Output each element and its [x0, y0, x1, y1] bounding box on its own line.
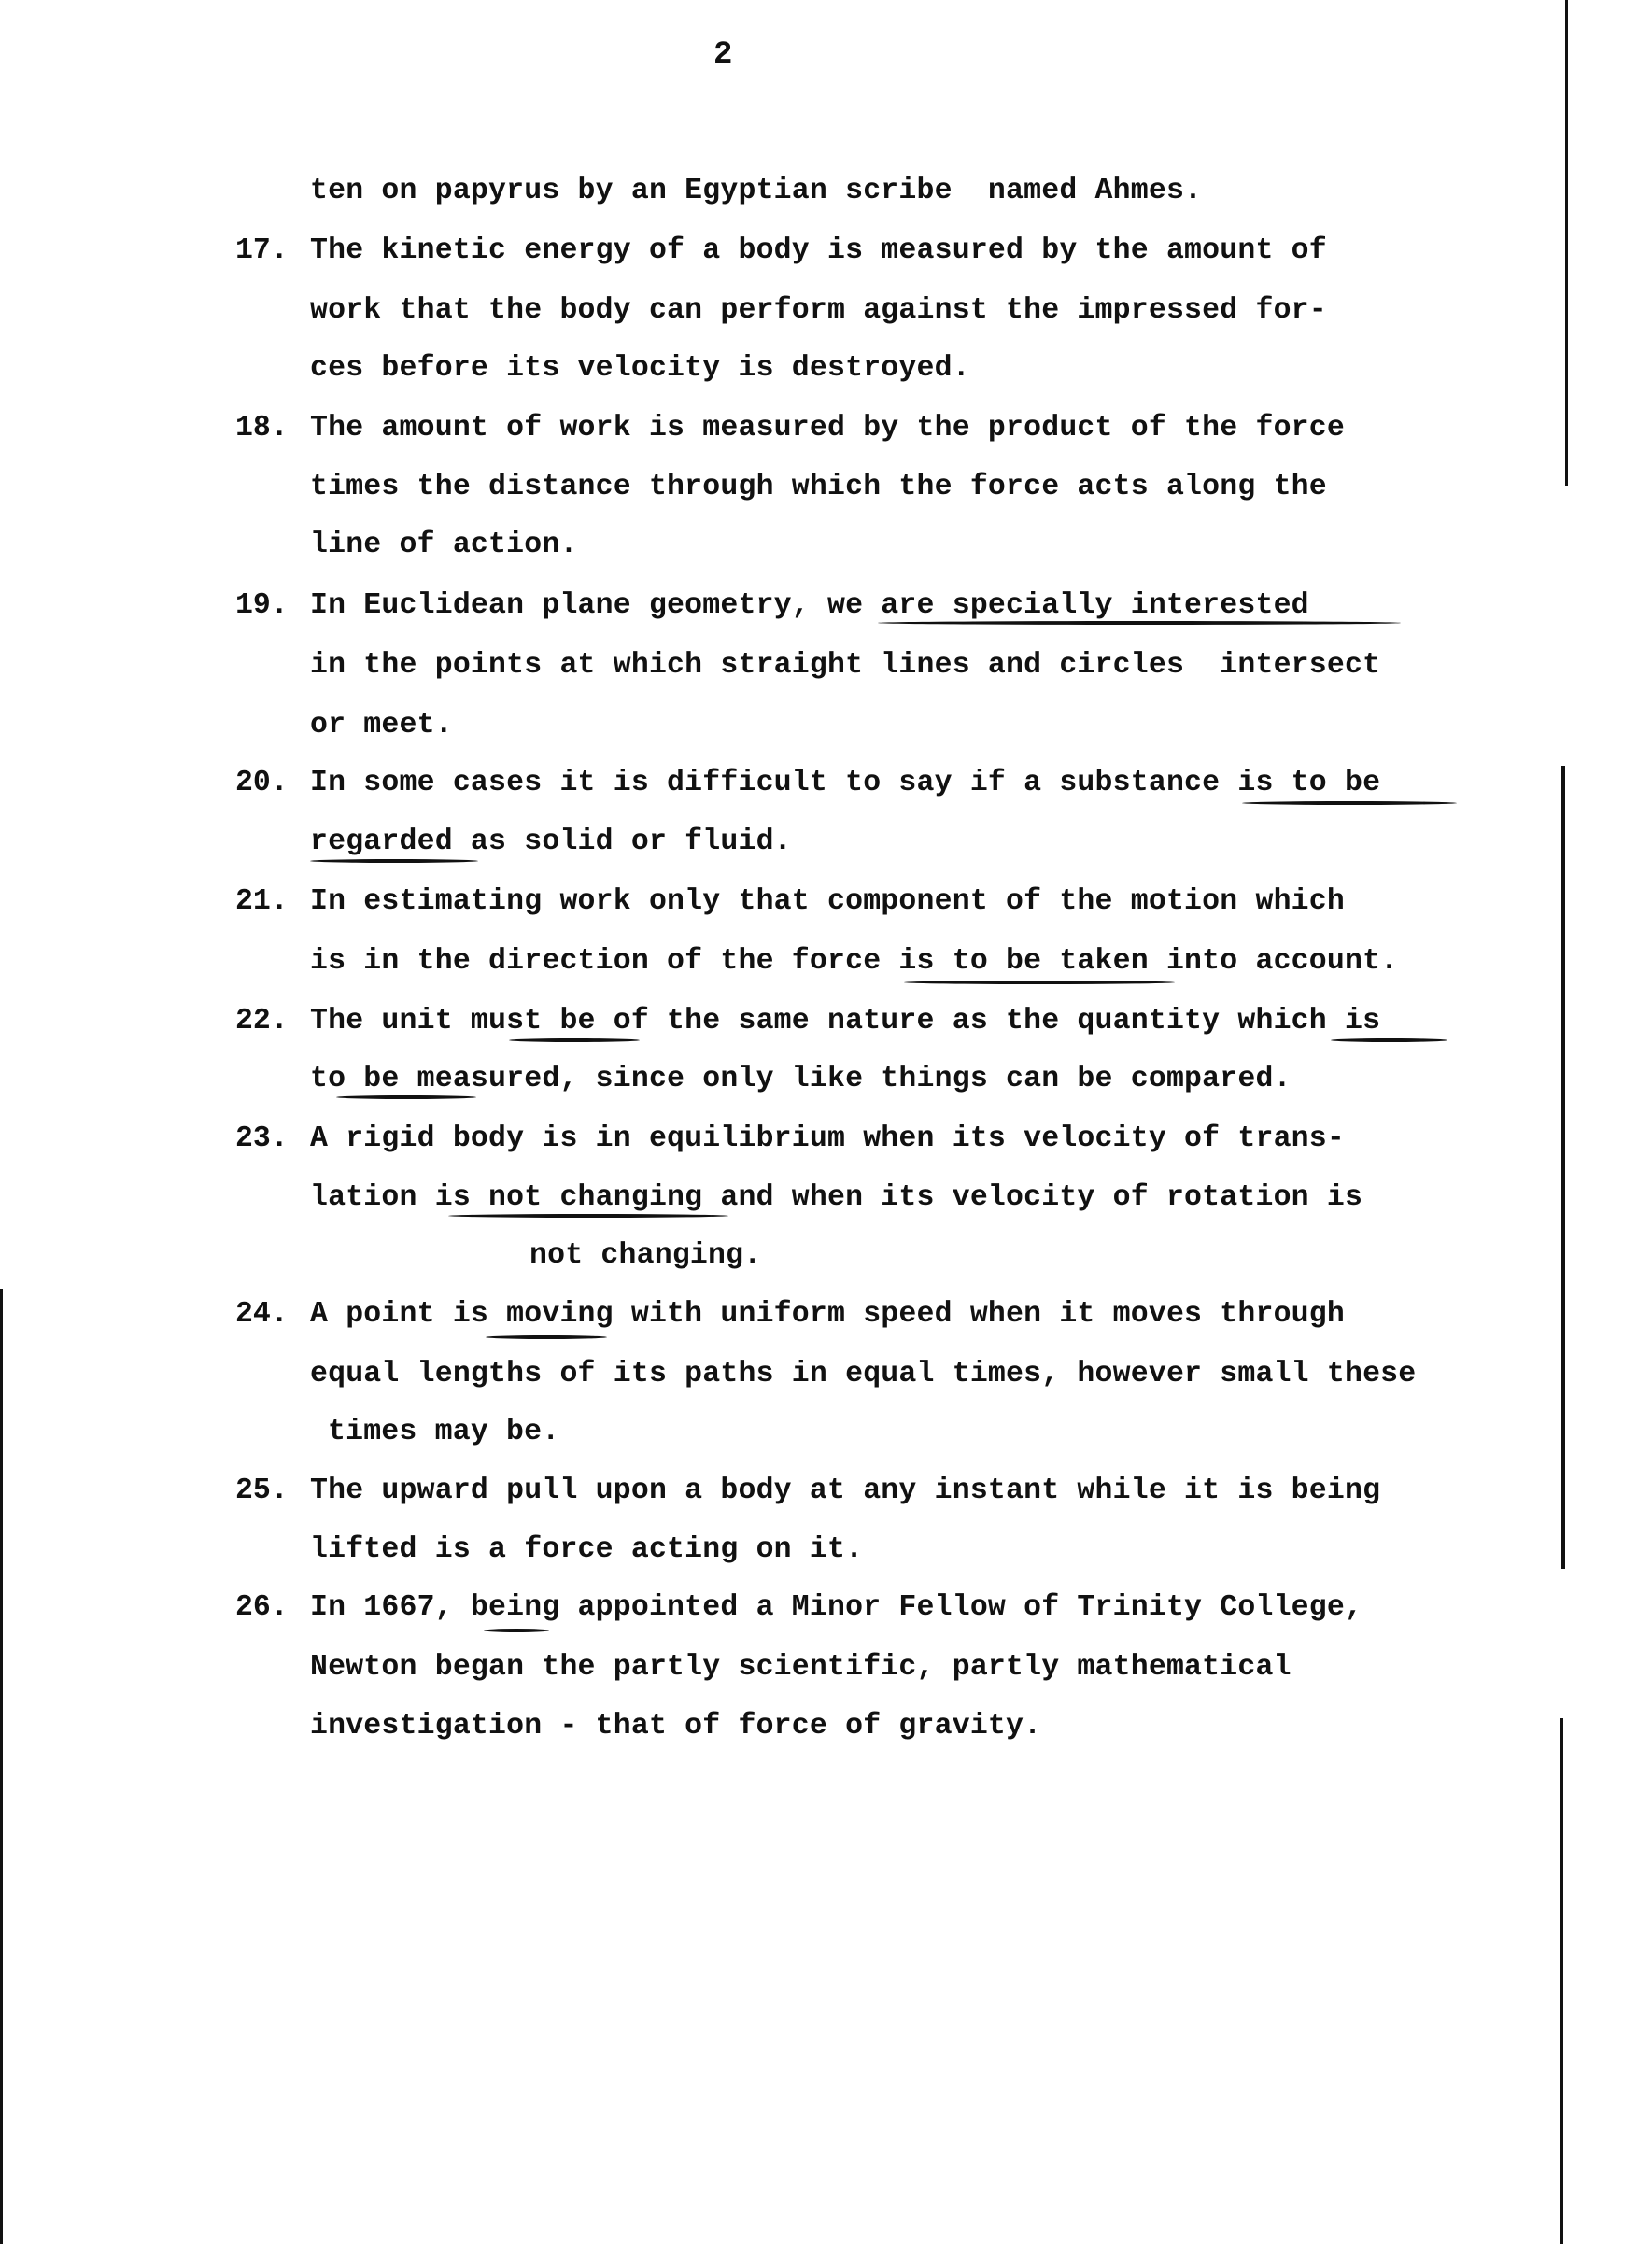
item-number-26: 26. — [235, 1591, 289, 1625]
item-22-line-1: The unit must be of the same nature as t… — [310, 1005, 1380, 1038]
item-23-line-1: A rigid body is in equilibrium when its … — [310, 1122, 1345, 1156]
item-23-line-2: lation is not changing and when its velo… — [310, 1181, 1363, 1215]
item-25-line-1: The upward pull upon a body at any insta… — [310, 1475, 1380, 1508]
item-18-line-1: The amount of work is measured by the pr… — [310, 412, 1345, 445]
page-number: 2 — [713, 37, 732, 73]
handwritten-underline — [1331, 1038, 1447, 1042]
item-24-line-3: times may be. — [328, 1416, 559, 1449]
item-22-line-2: to be measured, since only like things c… — [310, 1063, 1292, 1096]
item-23-line-3: not changing. — [529, 1239, 761, 1273]
item-26-line-1: In 1667, being appointed a Minor Fellow … — [310, 1591, 1363, 1625]
item-20-line-2: regarded as solid or fluid. — [310, 826, 792, 859]
item-number-23: 23. — [235, 1122, 289, 1156]
handwritten-underline — [336, 1095, 476, 1099]
handwritten-underline — [1242, 801, 1457, 805]
handwritten-underline — [486, 1335, 607, 1339]
item-number-17: 17. — [235, 234, 289, 268]
item-17-line-2: work that the body can perform against t… — [310, 294, 1327, 328]
scan-edge-left — [0, 1289, 3, 2244]
scan-edge-right-bottom — [1560, 1718, 1563, 2244]
item-number-19: 19. — [235, 589, 289, 623]
item-24-line-2: equal lengths of its paths in equal time… — [310, 1358, 1416, 1391]
item-20-line-1: In some cases it is difficult to say if … — [310, 767, 1380, 800]
lead-line: ten on papyrus by an Egyptian scribe nam… — [310, 175, 1202, 208]
item-number-24: 24. — [235, 1298, 289, 1332]
scan-edge-right-mid — [1561, 766, 1565, 1569]
item-26-line-3: investigation - that of force of gravity… — [310, 1710, 1041, 1743]
item-number-21: 21. — [235, 885, 289, 919]
item-17-line-1: The kinetic energy of a body is measured… — [310, 234, 1327, 268]
item-25-line-2: lifted is a force acting on it. — [310, 1533, 863, 1567]
item-number-22: 22. — [235, 1005, 289, 1038]
item-18-line-2: times the distance through which the for… — [310, 471, 1327, 504]
handwritten-underline — [509, 1038, 640, 1042]
item-17-line-3: ces before its velocity is destroyed. — [310, 352, 970, 386]
item-26-line-2: Newton began the partly scientific, part… — [310, 1651, 1292, 1685]
handwritten-underline — [484, 1629, 549, 1632]
item-number-20: 20. — [235, 767, 289, 800]
handwritten-underline — [878, 621, 1401, 625]
item-19-line-2: in the points at which straight lines an… — [310, 649, 1380, 683]
item-24-line-1: A point is moving with uniform speed whe… — [310, 1298, 1345, 1332]
item-18-line-3: line of action. — [310, 529, 578, 562]
handwritten-underline — [448, 1214, 728, 1218]
item-number-25: 25. — [235, 1475, 289, 1508]
item-21-line-2: is in the direction of the force is to b… — [310, 945, 1398, 979]
item-19-line-3: or meet. — [310, 709, 453, 742]
handwritten-underline — [310, 859, 478, 863]
item-19-line-1: In Euclidean plane geometry, we are spec… — [310, 589, 1309, 623]
scan-edge-right-top — [1565, 0, 1568, 486]
handwritten-underline — [904, 981, 1175, 984]
item-21-line-1: In estimating work only that component o… — [310, 885, 1345, 919]
item-number-18: 18. — [235, 412, 289, 445]
